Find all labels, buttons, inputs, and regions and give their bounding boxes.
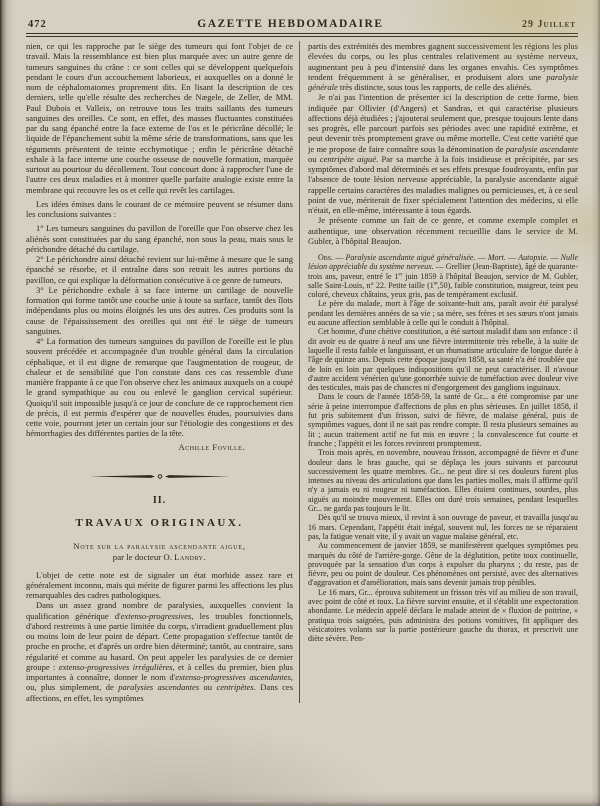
article-byline: par le docteur O. Landry.: [26, 552, 293, 562]
paragraph: 3° Le périchondre exhale à sa face inter…: [26, 285, 293, 336]
ornament-rule-icon: [90, 472, 230, 481]
section-title: TRAVAUX ORIGINAUX.: [26, 517, 293, 529]
article-title: Note sur la paralysie ascendante aigue,: [26, 541, 293, 551]
paragraph: 4° La formation des tumeurs sanguines du…: [26, 336, 293, 439]
right-column: partis des extrémités des membres gagnen…: [300, 41, 578, 703]
paragraph: Dans le cours de l'année 1858-59, la san…: [308, 392, 578, 448]
paragraph: 2° Le périchondre ainsi détaché revient …: [26, 254, 293, 285]
byline-author-name: Landry.: [174, 552, 206, 562]
paragraph: Dans un assez grand nombre de paralysies…: [26, 600, 293, 703]
paragraph: partis des extrémités des membres gagnen…: [308, 41, 578, 92]
swelled-rule-ornament: [26, 468, 293, 486]
paragraph: Trois mois après, en novembre, nouveau f…: [308, 448, 578, 513]
paragraph: Cet homme, d'une chétive constitution, a…: [308, 327, 578, 392]
paragraph: Le père du malade, mort à l'âge de soixa…: [308, 299, 578, 327]
paragraph: nien, ce qui les rapproche par le siège …: [26, 41, 293, 195]
paragraph: Obs. — Paralysie ascendante aiguë généra…: [308, 253, 578, 299]
header-rule: [26, 33, 578, 37]
paragraph: Le 16 mars, Gr... éprouva subitement un …: [308, 588, 578, 644]
paragraph: Je présente comme un fait de ce genre, e…: [308, 215, 578, 246]
byline-prefix: par le docteur O.: [113, 552, 174, 562]
paragraph: Je n'ai pas l'intention de présenter ici…: [308, 92, 578, 215]
right-column-text: partis des extrémités des membres gagnen…: [308, 41, 578, 246]
page-header: 472 GAZETTE HEBDOMADAIRE 29 Juillet: [26, 14, 578, 33]
author-signature: Achille Foville.: [26, 442, 245, 452]
article-opening-text: L'objet de cette note est de signaler un…: [26, 570, 293, 703]
paragraph: Dès qu'il se trouva mieux, il revint à s…: [308, 513, 578, 541]
paragraph: 1° Les tumeurs sanguines du pavillon de …: [26, 223, 293, 254]
left-column: nien, ce qui les rapproche par le siège …: [26, 41, 299, 703]
journal-title: GAZETTE HEBDOMADAIRE: [197, 18, 383, 30]
issue-date: 29 Juillet: [522, 19, 576, 30]
page-number: 472: [28, 19, 47, 30]
left-column-text: nien, ce qui les rapproche par le siège …: [26, 41, 293, 439]
paragraph: Les idées émises dans le courant de ce m…: [26, 199, 293, 220]
clinical-observation-text: Obs. — Paralysie ascendante aiguë généra…: [308, 253, 578, 643]
paragraph: Au commencement de janvier 1859, se mani…: [308, 541, 578, 587]
journal-page: 472 GAZETTE HEBDOMADAIRE 29 Juillet nien…: [26, 14, 578, 800]
paragraph: L'objet de cette note est de signaler un…: [26, 570, 293, 601]
two-column-layout: nien, ce qui les rapproche par le siège …: [26, 41, 578, 703]
section-number: II.: [26, 495, 293, 506]
